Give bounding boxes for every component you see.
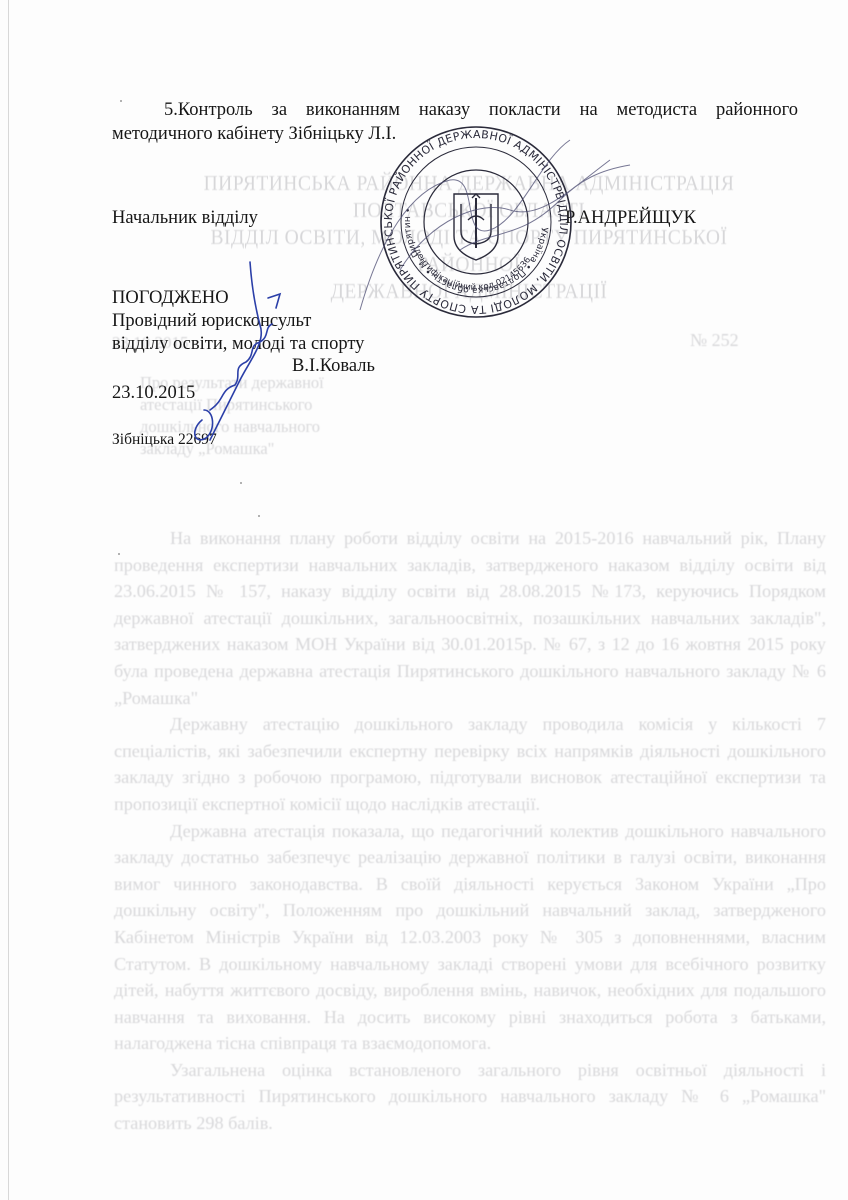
signatory-name: Р.АНДРЕЙЩУК xyxy=(565,206,696,230)
paragraph-5-line-2: методичного кабінету Зібніцьку Л.І. xyxy=(112,124,396,144)
scan-speck xyxy=(240,482,242,484)
scan-speck xyxy=(118,553,120,555)
scan-speck xyxy=(258,515,260,517)
bleed-body-paragraph: Державна атестація показала, що педагогі… xyxy=(114,818,826,1057)
approval-position: Провідний юрисконсульт xyxy=(112,309,311,333)
bleed-through-number: № 252 xyxy=(690,330,739,351)
scan-speck xyxy=(120,100,122,102)
executor-info: Зібніцька 22697 xyxy=(112,428,217,452)
bleed-through-body: На виконання плану роботи відділу освіти… xyxy=(114,525,826,1137)
approval-date: 23.10.2015 xyxy=(112,381,195,405)
trident-icon xyxy=(454,194,498,260)
bleed-body-paragraph: Державну атестацію дошкільного закладу п… xyxy=(114,711,826,817)
paragraph-5-line-1: 5.Контроль за виконанням наказу покласти… xyxy=(112,98,798,122)
page-edge-line xyxy=(8,0,9,1200)
approval-label: ПОГОДЖЕНО xyxy=(112,286,229,310)
bleed-body-paragraph: Узагальнена оцінка встановленого загальн… xyxy=(114,1057,826,1137)
approval-department: відділу освіти, молоді та спорту xyxy=(112,332,364,356)
official-stamp: ВІДДІЛ ОСВІТИ, МОЛОДІ ТА СПОРТУ ПИРЯТИНС… xyxy=(378,124,574,320)
bleed-body-paragraph: На виконання плану роботи відділу освіти… xyxy=(114,525,826,711)
approval-name: В.І.Коваль xyxy=(292,354,375,378)
signatory-title: Начальник відділу xyxy=(112,206,258,230)
